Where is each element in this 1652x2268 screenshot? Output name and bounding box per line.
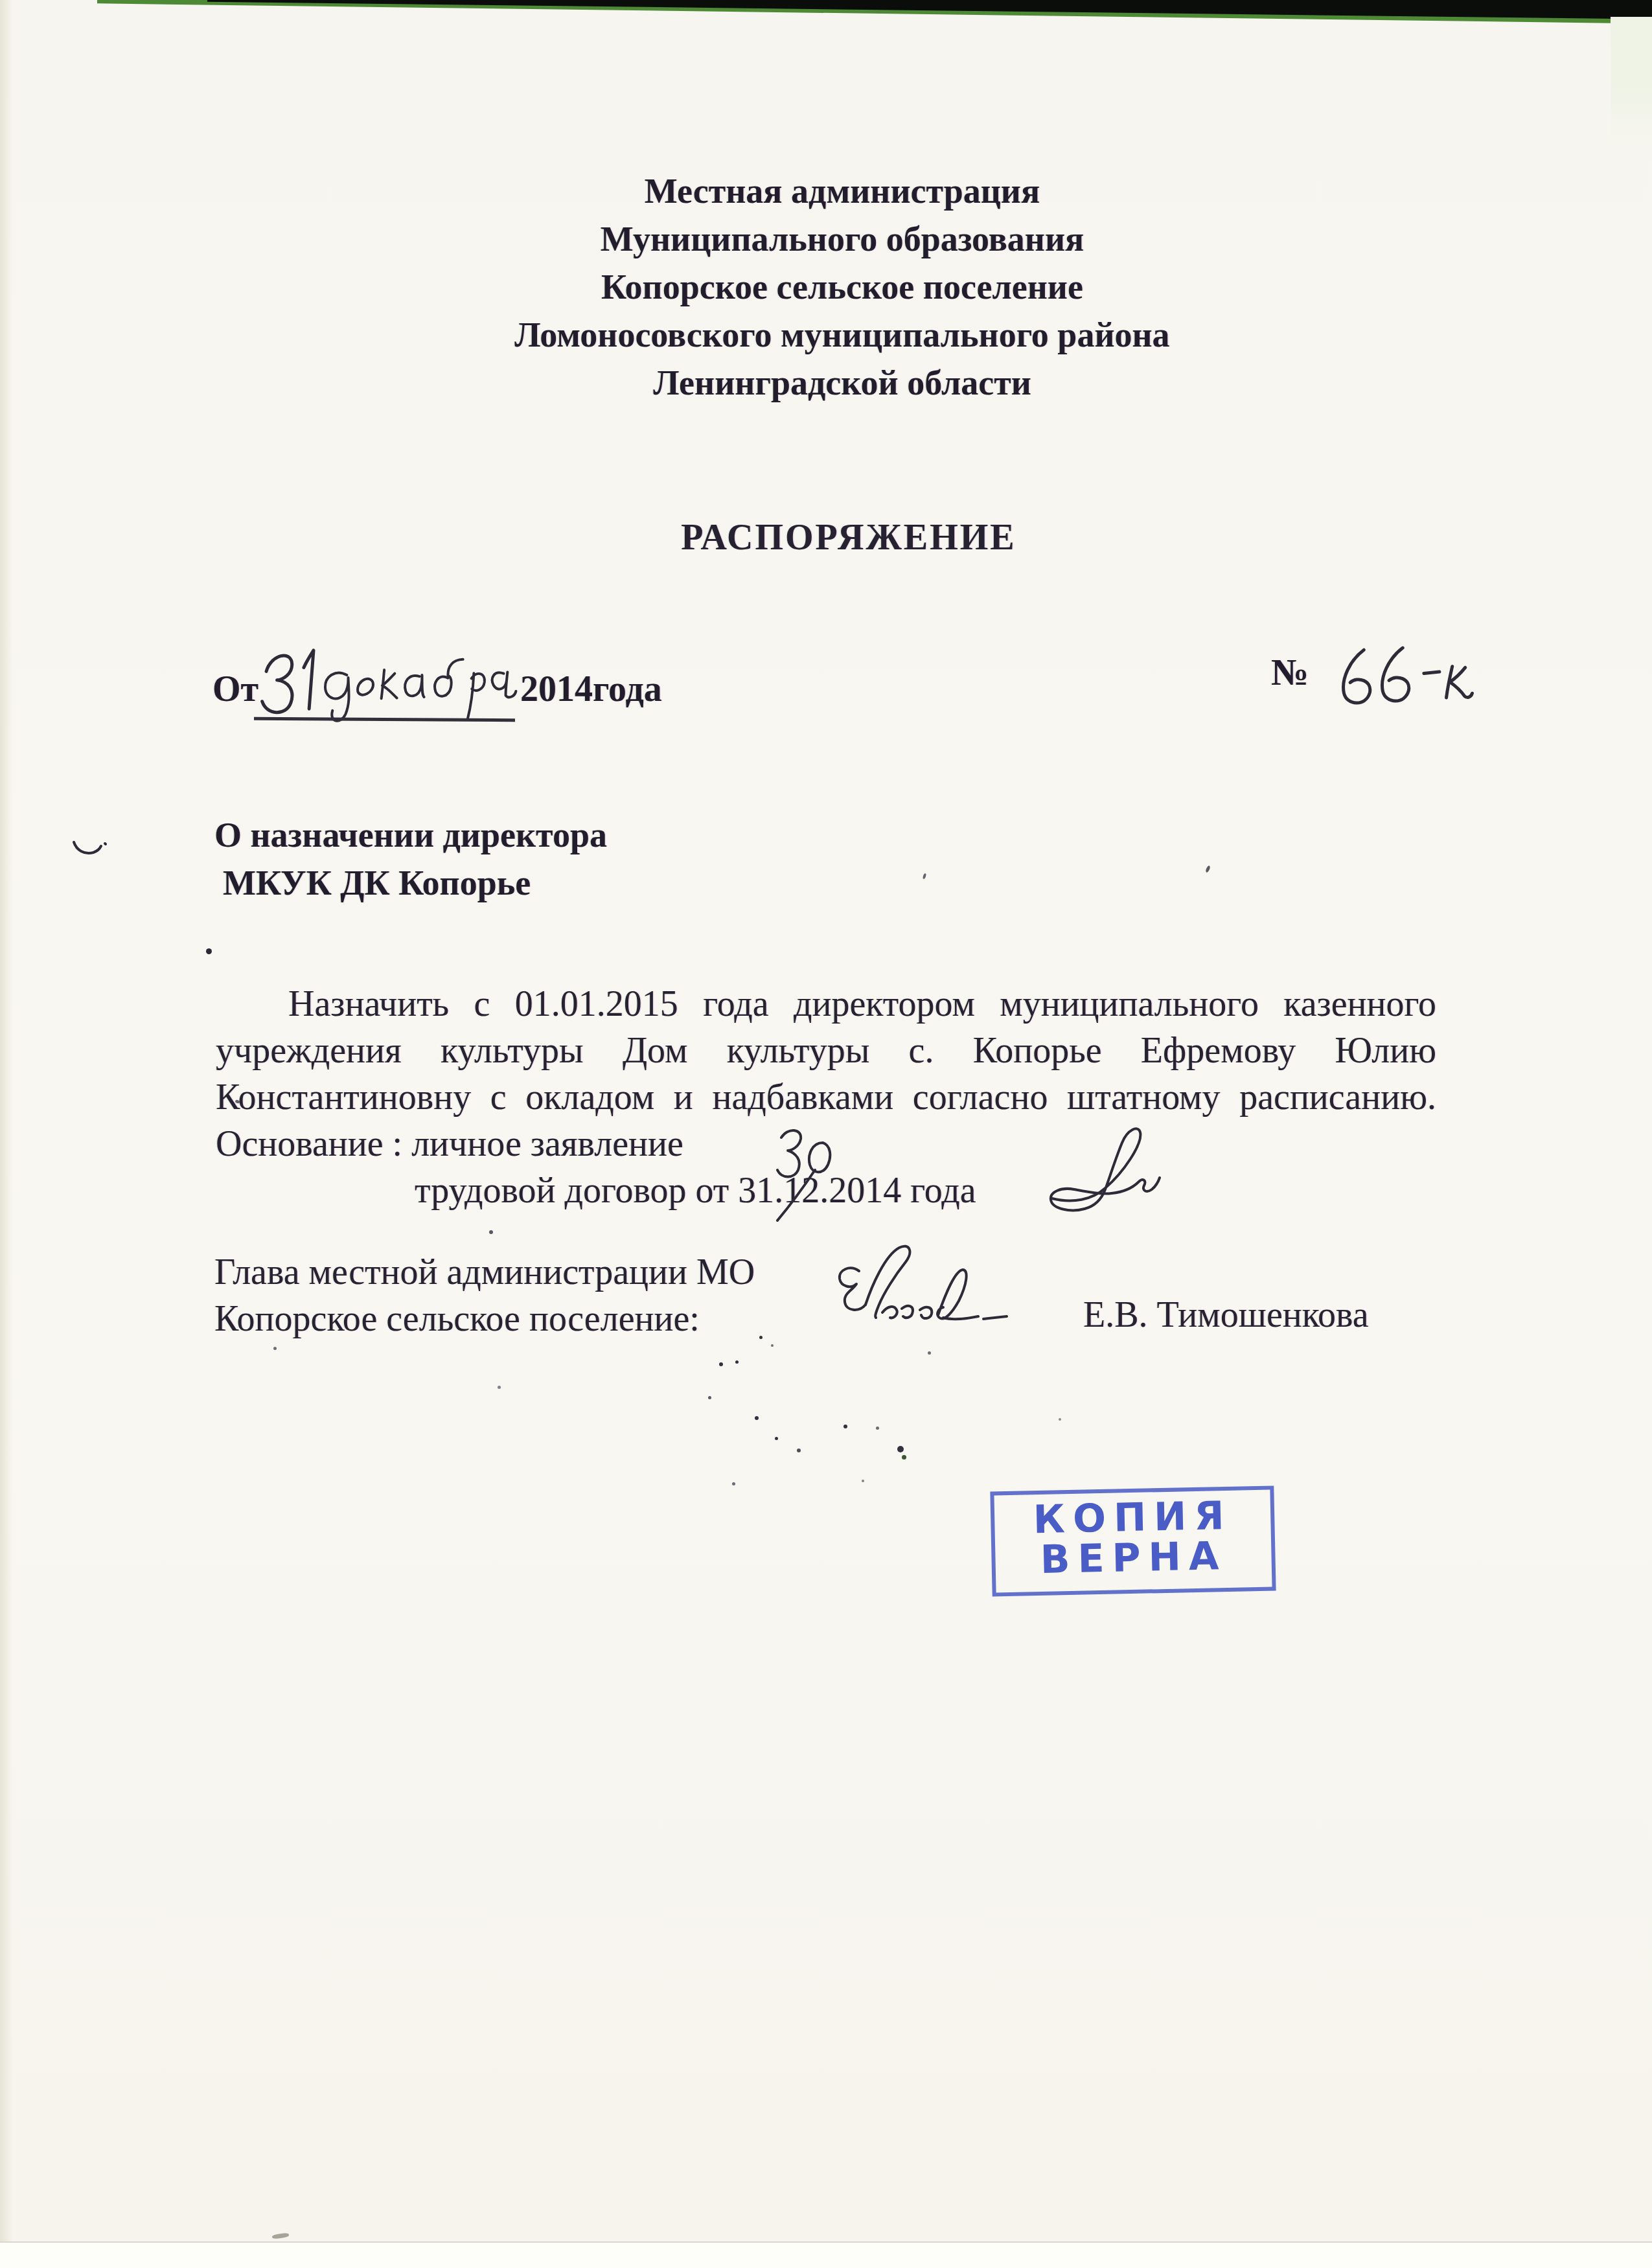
org-header-line-2: Муниципального образования [421,215,1263,263]
body-line-2: учреждения культуры Дом культуры с. Копо… [216,1027,1436,1074]
scan-edge-paper-corner [1611,17,1652,88]
handwritten-date-ink [248,632,523,742]
scan-speck [928,1351,931,1355]
org-header-line-5: Ленинградской области [421,359,1263,407]
scan-speck [759,1336,763,1339]
scan-speck [775,1437,778,1440]
scan-speck [876,1426,879,1430]
scanned-document-page: Местная администрация Муниципального обр… [0,0,1652,2268]
scan-speck [732,1482,735,1485]
scan-smudge [272,2232,290,2239]
stray-pen-squiggle [71,837,110,860]
scan-speck [843,1425,847,1428]
scan-speck [735,1360,739,1364]
scan-speck [797,1449,801,1452]
signature-title-line-2: Копорское сельское поселение: [214,1296,700,1342]
document-title: РАСПОРЯЖЕНИЕ [460,517,1237,558]
org-header-line-4: Ломоносовского муниципального района [421,311,1263,359]
handwritten-number-ink [1325,639,1488,716]
subject-line-2: МКУК ДК Копорье [223,863,531,903]
subject-line-1: О назначении директора [214,815,607,855]
handwritten-correction-30-ink [755,1121,853,1231]
scan-speck [755,1416,759,1420]
scan-speck [771,1344,774,1347]
copy-stamp: КОПИЯ ВЕРНА [990,1485,1276,1596]
signer-name: Е.В. Тимошенкова [1083,1292,1369,1338]
scan-edge-bottom-strip [0,2241,1652,2268]
date-year-label: 2014года [520,669,662,710]
handwritten-initial-flourish [1033,1122,1169,1222]
head-signature-ink [823,1233,1024,1357]
scan-speck [489,1230,493,1234]
body-line-1: Назначить с 01.01.2015 года директором м… [216,981,1436,1027]
signature-title-line-1: Глава местной администрации МО [214,1249,755,1296]
scan-speck [1205,865,1211,873]
stray-period-mark [206,948,212,954]
org-header: Местная администрация Муниципального обр… [421,167,1263,407]
scan-edge-paper-corner-fade [1611,88,1652,146]
body-line-4: Основание : личное заявление [216,1121,683,1167]
scan-speck [862,1480,864,1482]
scan-speck [708,1396,711,1399]
scan-speck [1059,1418,1061,1421]
scan-speck [923,873,927,880]
scan-speck [498,1386,501,1389]
body-line-3: Константиновну с окладом и надбавками со… [216,1074,1436,1121]
scan-edge-left-shade [0,0,13,2268]
scan-speck [897,1446,904,1452]
org-header-line-1: Местная администрация [421,167,1263,215]
scan-speck [273,1347,277,1350]
number-sign: № [1271,650,1309,694]
scan-speck [719,1362,723,1366]
org-header-line-3: Копорское сельское поселение [421,263,1263,311]
copy-stamp-line-1: КОПИЯ [994,1495,1271,1541]
body-line-5: трудовой договор от 31.12.2014 года [415,1167,976,1214]
scan-speck [902,1455,906,1460]
